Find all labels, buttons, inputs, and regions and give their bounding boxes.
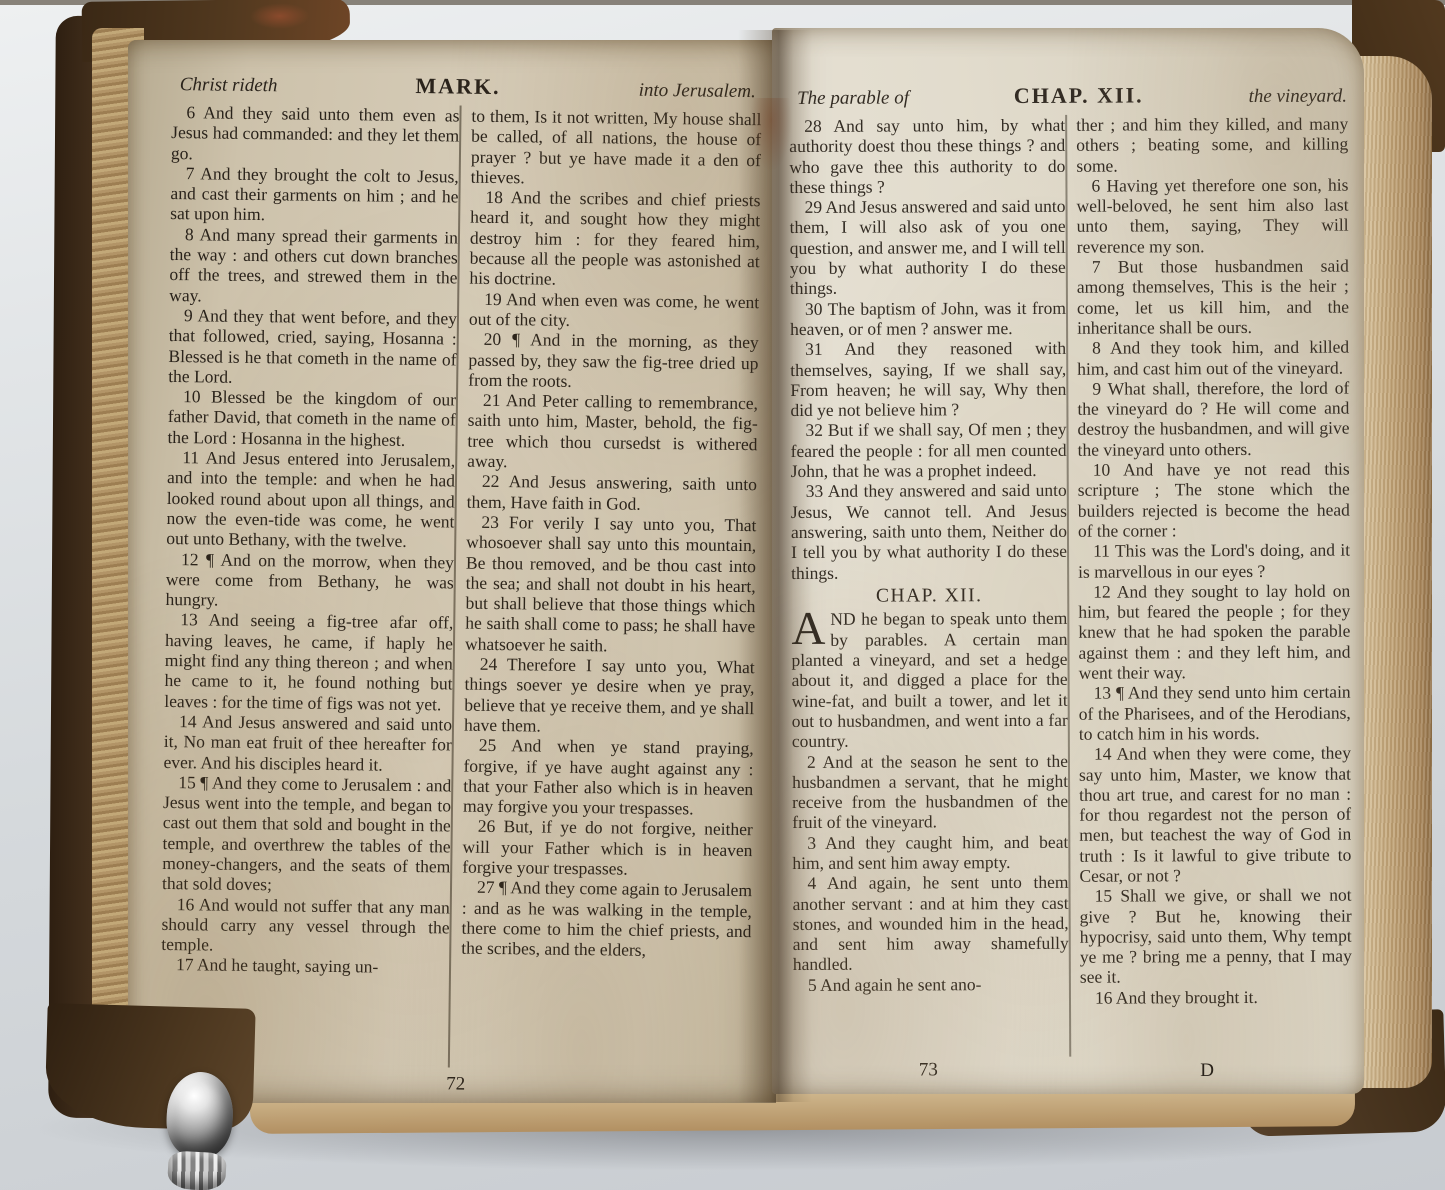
verse: 3 And they caught him, and beat him, and… [792, 831, 1068, 873]
left-page: Christ rideth MARK. into Jerusalem. 6 An… [128, 40, 776, 1103]
page-number-right: 73 [793, 1059, 1063, 1082]
verse: 20 ¶ And in the morning, as they passed … [468, 329, 759, 393]
running-head-left: The parable of [797, 87, 909, 109]
verse: 29 And Jesus answered and said unto them… [789, 196, 1065, 299]
verse: 16 And would not suffer that any man sho… [161, 894, 450, 958]
verse: 9 And they that went before, and they th… [168, 305, 457, 390]
verse: 17 And he taught, saying un- [161, 954, 449, 978]
verse: 6 Having yet therefore one son, his well… [1076, 174, 1348, 256]
metal-bookmark-stem [167, 1150, 227, 1190]
verse: 6 And they said unto them even as Jesus … [171, 102, 460, 166]
verse: 11 And Jesus entered into Jerusalem, and… [166, 447, 455, 552]
book-title-running-head: MARK. [415, 73, 500, 100]
verse: 33 And they answered and said unto Jesus… [791, 480, 1067, 583]
verse: 23 For verily I say unto you, That whoso… [465, 512, 757, 658]
verse: 28 And say unto him, by what authority d… [789, 115, 1065, 197]
spine-top-leather [750, 98, 792, 172]
left-page-text-block: 6 And they said unto them even as Jesus … [160, 102, 764, 1071]
signature-mark: D [1200, 1060, 1214, 1082]
verse: 30 The baptism of John, was it from heav… [790, 297, 1066, 339]
page-edges-fore-edge [1356, 56, 1432, 1088]
verse: 13 ¶ And they send unto him certain of t… [1079, 682, 1351, 744]
right-page-column-1: 28 And say unto him, by what authority d… [789, 115, 1069, 1058]
verse: to them, Is it not written, My house sha… [471, 106, 762, 191]
verse: 10 Blessed be the kingdom of our father … [167, 386, 456, 450]
verse: 13 And seeing a fig-tree afar off, havin… [164, 609, 453, 714]
verse: 12 ¶ And on the morrow, when they were c… [165, 548, 454, 612]
verse: 18 And the scribes and chief priests hea… [469, 187, 760, 292]
drop-cap: A [791, 609, 830, 646]
right-page-header: The parable of CHAP. XII. the vineyard. [789, 82, 1355, 110]
chapter-running-head: CHAP. XII. [1014, 82, 1144, 109]
verse: 15 Shall we give, or shall we not give ?… [1080, 885, 1352, 988]
verse: 32 But if we shall say, Of men ; they fe… [790, 419, 1066, 481]
metal-bookmark-knob [165, 1070, 235, 1159]
verse: 14 And when they were come, they say unt… [1079, 743, 1352, 886]
verse: 12 And they sought to lay hold on him, b… [1078, 580, 1350, 683]
verse: 19 And when even was come, he went out o… [469, 288, 759, 332]
verse: 25 And when ye stand praying, forgive, i… [463, 735, 754, 820]
verse: 7 And they brought the colt to Jesus, an… [170, 163, 459, 227]
running-head-right: into Jerusalem. [638, 80, 755, 103]
verse: 4 And again, he sent unto them another s… [792, 872, 1068, 975]
verse: 27 ¶ And they come again to Jerusalem : … [461, 877, 752, 962]
right-page: The parable of CHAP. XII. the vineyard. … [772, 28, 1364, 1094]
verse: 26 But, if ye do not forgive, neither wi… [462, 816, 753, 880]
left-page-column-1: 6 And they said unto them even as Jesus … [160, 102, 460, 1067]
left-page-column-2: to them, Is it not written, My house sha… [448, 106, 762, 1072]
left-page-header: Christ rideth MARK. into Jerusalem. [172, 70, 764, 103]
verse: 9 What shall, therefore, the lord of the… [1077, 377, 1349, 459]
chapter-heading: CHAP. XII. [791, 585, 1067, 609]
verse: 24 Therefore I say unto you, What things… [464, 654, 755, 739]
metal-bookmark [155, 1070, 243, 1190]
verse: 8 And many spread their garments in the … [169, 224, 458, 309]
right-page-column-2: ther ; and him they killed, and many oth… [1065, 114, 1352, 1057]
verse: 2 And at the season he sent to the husba… [792, 750, 1068, 832]
verse: 31 And they reasoned with themselves, sa… [790, 338, 1066, 420]
verse: 8 And they took him, and killed him, and… [1077, 337, 1349, 379]
verse: 11 This was the Lord's doing, and it is … [1078, 540, 1350, 582]
verse: 15 ¶ And they come to Jerusalem : and Je… [162, 772, 451, 897]
verse: 16 And they brought it. [1080, 986, 1352, 1007]
running-head-right: the vineyard. [1249, 86, 1348, 108]
verse: 14 And Jesus answered and said unto it, … [163, 711, 452, 775]
verse: 7 But those husbandmen said among themse… [1077, 256, 1349, 338]
right-page-text-block: 28 And say unto him, by what authority d… [789, 114, 1359, 1058]
verse: 5 And again he sent ano- [793, 974, 1069, 996]
verse: AND he began to speak unto them by parab… [791, 608, 1068, 751]
running-head-left: Christ rideth [180, 74, 278, 97]
verse: 22 And Jesus answering, saith unto them,… [467, 471, 757, 515]
verse: 10 And have ye not read this scripture ;… [1078, 459, 1350, 541]
verse: ther ; and him they killed, and many oth… [1076, 114, 1348, 176]
verse: 21 And Peter calling to remembrance, sai… [467, 390, 758, 475]
